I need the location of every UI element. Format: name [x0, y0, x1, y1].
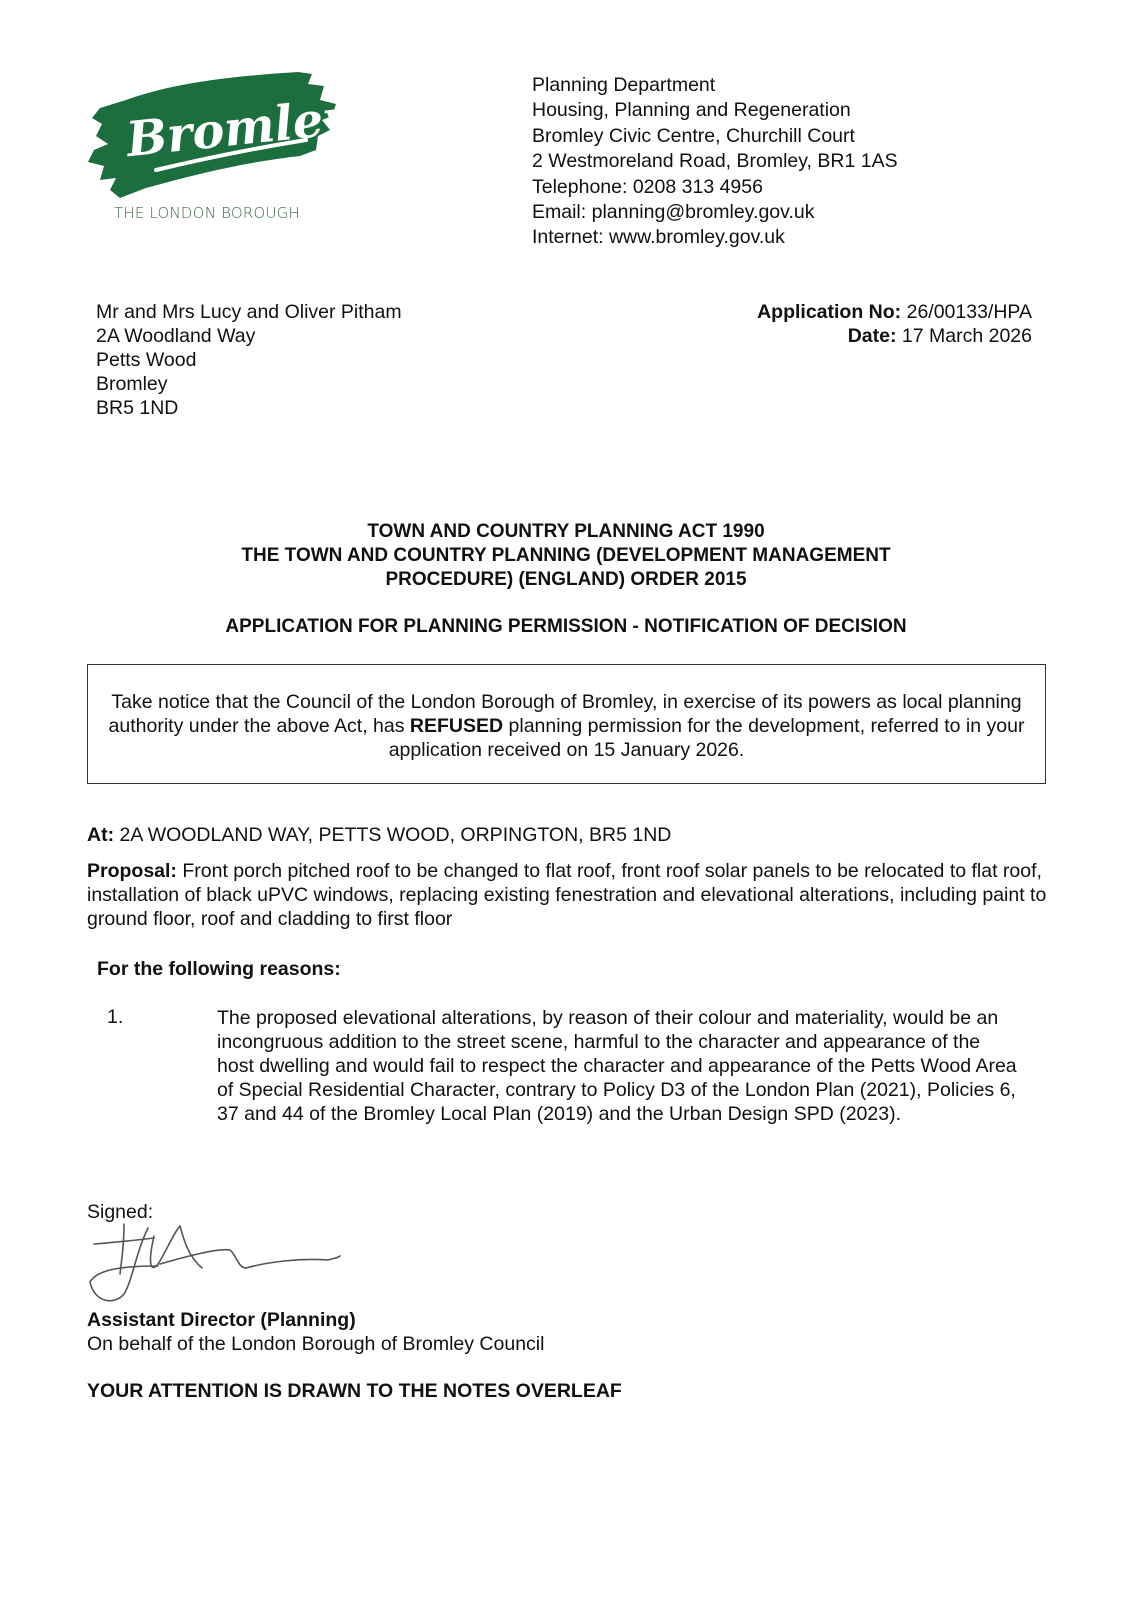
site-address-label: At: [87, 824, 114, 846]
department-division: Housing, Planning and Regeneration [532, 98, 898, 123]
reason-number: 1. [107, 1006, 123, 1029]
handwritten-signature-icon [88, 1222, 358, 1312]
reasons-heading: For the following reasons: [97, 958, 341, 981]
department-building: Bromley Civic Centre, Churchill Court [532, 124, 898, 149]
application-number-label: Application No: [757, 301, 901, 323]
recipient-address: Mr and Mrs Lucy and Oliver Pitham 2A Woo… [96, 300, 402, 420]
proposal-description: Proposal: Front porch pitched roof to be… [87, 859, 1067, 931]
legislation-titles: TOWN AND COUNTRY PLANNING ACT 1990 THE T… [0, 520, 1132, 592]
site-address: At: 2A WOODLAND WAY, PETTS WOOD, ORPINGT… [87, 824, 671, 847]
department-email[interactable]: Email: planning@bromley.gov.uk [532, 200, 898, 225]
logo-tagline: THE LONDON BOROUGH [114, 204, 300, 222]
decision-date-label: Date: [848, 325, 897, 347]
order-title-line2: PROCEDURE) (ENGLAND) ORDER 2015 [0, 568, 1132, 592]
recipient-postcode: BR5 1ND [96, 396, 402, 420]
department-telephone: Telephone: 0208 313 4956 [532, 175, 898, 200]
decision-date-value: 17 March 2026 [902, 325, 1032, 347]
document-subtitle: APPLICATION FOR PLANNING PERMISSION - NO… [0, 616, 1132, 638]
decision-notice-box: Take notice that the Council of the Lond… [87, 664, 1046, 784]
bromley-brush-logo-icon: Bromley [86, 70, 338, 210]
bromley-logo: Bromley THE LONDON BOROUGH [86, 70, 338, 230]
signer-organisation: On behalf of the London Borough of Broml… [87, 1333, 544, 1356]
department-street: 2 Westmoreland Road, Bromley, BR1 1AS [532, 149, 898, 174]
application-references: Application No: 26/00133/HPA Date: 17 Ma… [757, 300, 1032, 348]
proposal-value: Front porch pitched roof to be changed t… [87, 860, 1046, 930]
reason-text: The proposed elevational alterations, by… [217, 1006, 1017, 1126]
decision-date: Date: 17 March 2026 [757, 324, 1032, 348]
signer-title: Assistant Director (Planning) [87, 1309, 356, 1332]
department-name: Planning Department [532, 73, 898, 98]
recipient-locality: Petts Wood [96, 348, 402, 372]
application-number: Application No: 26/00133/HPA [757, 300, 1032, 324]
recipient-street: 2A Woodland Way [96, 324, 402, 348]
signed-label: Signed: [87, 1201, 153, 1224]
recipient-name: Mr and Mrs Lucy and Oliver Pitham [96, 300, 402, 324]
site-address-value: 2A WOODLAND WAY, PETTS WOOD, ORPINGTON, … [120, 824, 672, 846]
department-website[interactable]: Internet: www.bromley.gov.uk [532, 225, 898, 250]
notes-overleaf-notice: YOUR ATTENTION IS DRAWN TO THE NOTES OVE… [87, 1380, 622, 1403]
proposal-label: Proposal: [87, 860, 177, 882]
decision-status: REFUSED [410, 715, 503, 737]
act-title: TOWN AND COUNTRY PLANNING ACT 1990 [0, 520, 1132, 544]
application-number-value: 26/00133/HPA [907, 301, 1032, 323]
order-title-line1: THE TOWN AND COUNTRY PLANNING (DEVELOPME… [0, 544, 1132, 568]
department-address: Planning Department Housing, Planning an… [532, 73, 898, 251]
recipient-town: Bromley [96, 372, 402, 396]
